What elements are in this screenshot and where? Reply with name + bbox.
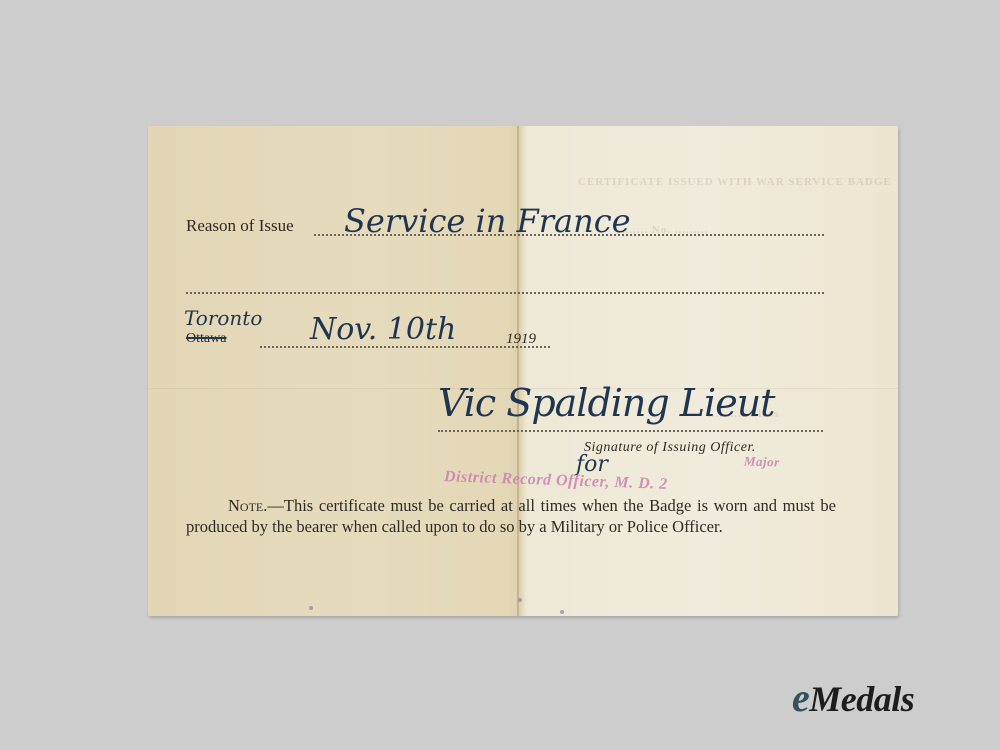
signature-line — [438, 430, 823, 432]
logo-name: Medals — [809, 679, 914, 719]
ink-spot — [560, 610, 564, 614]
date-handwritten: Nov. 10th — [310, 312, 456, 347]
place-handwritten: Toronto — [184, 306, 262, 330]
paper-fold — [517, 126, 519, 616]
note-lead: Note. — [228, 496, 267, 515]
emedals-watermark-logo: eMedals — [792, 674, 914, 721]
reason-value: Service in France — [344, 202, 631, 240]
year-printed: 1919 — [506, 331, 536, 348]
signature-label: Signature of Issuing Officer. — [584, 440, 756, 456]
ink-spot — [518, 598, 522, 602]
logo-prefix: e — [792, 675, 809, 720]
stamp-rank: Major — [744, 453, 780, 470]
signature: Vic Spalding Lieut — [438, 381, 774, 425]
place-printed: Ottawa — [186, 331, 226, 347]
bleed-through-text: CERTIFICATE ISSUED WITH WAR SERVICE BADG… — [578, 176, 892, 188]
record-officer-stamp: District Record Officer, M. D. 2 — [444, 468, 668, 494]
reason-line-2 — [186, 292, 824, 294]
reason-label: Reason of Issue — [186, 216, 294, 236]
certificate-paper: CERTIFICATE ISSUED WITH WAR SERVICE BADG… — [148, 126, 898, 616]
ink-spot — [309, 606, 313, 610]
note-text: —This certificate must be carried at all… — [186, 496, 836, 536]
note-paragraph: Note.—This certificate must be carried a… — [186, 495, 836, 537]
